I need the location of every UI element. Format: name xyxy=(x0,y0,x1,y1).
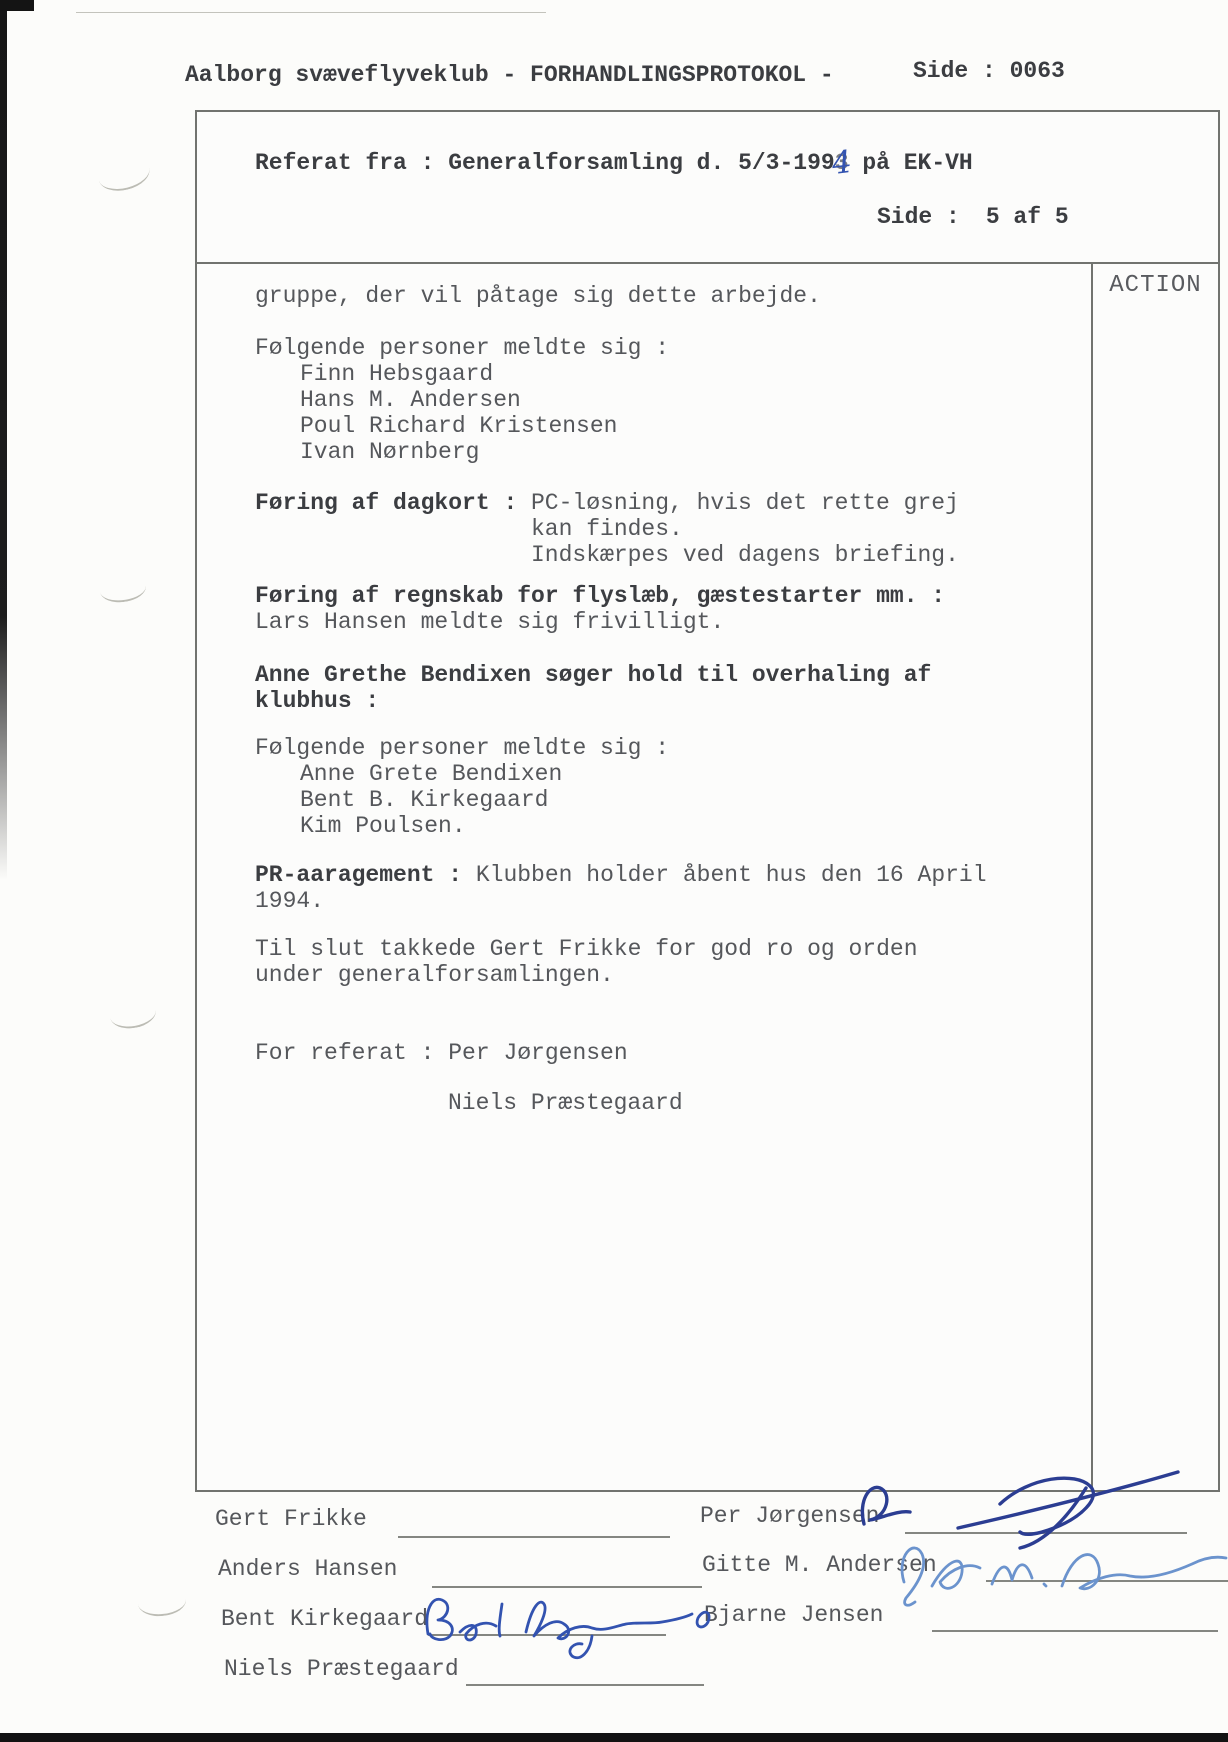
volunteer-list: Anne Grete Bendixen Bent B. Kirkegaard K… xyxy=(255,761,1089,839)
referat-line: Referat fra : Generalforsamling d. 5/3-1… xyxy=(255,150,973,176)
dagkort-heading: Føring af dagkort : xyxy=(255,490,531,516)
page-curl-mark xyxy=(137,1586,188,1619)
volunteer-name: Ivan Nørnberg xyxy=(300,439,1089,465)
volunteer-name: Finn Hebsgaard xyxy=(300,361,1089,387)
dagkort-section: Føring af dagkort : PC-løsning, hvis det… xyxy=(255,490,1089,568)
volunteer-name: Anne Grete Bendixen xyxy=(300,761,1089,787)
referat-location: på EK-VH xyxy=(849,150,973,176)
regnskab-heading: Føring af regnskab for flyslæb, gæstesta… xyxy=(255,583,1089,609)
pr-text: Klubben holder åbent hus den 16 April xyxy=(476,862,987,888)
signature-bent-kirkegaard xyxy=(414,1584,714,1664)
handwritten-year-correction: 4 xyxy=(830,144,854,182)
volunteer-name: Bent B. Kirkegaard xyxy=(300,787,1089,813)
signature-label: Bent Kirkegaard xyxy=(221,1606,428,1632)
page-curl-mark xyxy=(108,996,158,1032)
opening-line: gruppe, der vil påtage sig dette arbejde… xyxy=(255,283,1089,309)
referent-name: Niels Præstegaard xyxy=(448,1090,1089,1116)
dagkort-text: PC-løsning, hvis det rette grej xyxy=(531,490,1089,516)
masthead-page-number: Side : 0063 xyxy=(913,58,1065,84)
signature-gitte-m-andersen xyxy=(890,1528,1228,1616)
pr-text: 1994. xyxy=(255,888,1089,914)
masthead-title: Aalborg svæveflyveklub - FORHANDLINGSPRO… xyxy=(185,62,834,88)
scan-edge-artifact-left xyxy=(0,0,7,880)
page-curl-mark xyxy=(98,573,147,605)
referat-text: Referat fra : Generalforsamling d. 5/3-1… xyxy=(255,150,835,176)
for-referat-line: For referat : Per Jørgensen xyxy=(255,1040,1089,1066)
page-indicator-value: 5 af 5 xyxy=(986,204,1069,230)
scan-line-artifact xyxy=(76,12,546,13)
closing-paragraph: Til slut takkede Gert Frikke for god ro … xyxy=(255,936,1089,988)
volunteers-intro: Følgende personer meldte sig : xyxy=(255,335,1089,361)
document-box: Referat fra : Generalforsamling d. 5/3-1… xyxy=(195,110,1220,1492)
pr-heading: PR-aaragement : xyxy=(255,862,476,888)
typed-year-digit: 34 xyxy=(835,150,849,176)
signature-line xyxy=(398,1536,670,1538)
volunteer-list: Finn Hebsgaard Hans M. Andersen Poul Ric… xyxy=(255,361,1089,465)
bendixen-section-heading: Anne Grethe Bendixen søger hold til over… xyxy=(255,662,1089,714)
volunteer-name: Poul Richard Kristensen xyxy=(300,413,1089,439)
scanned-document-page: Aalborg svæveflyveklub - FORHANDLINGSPRO… xyxy=(0,0,1228,1742)
scan-edge-artifact-bottom xyxy=(0,1733,1228,1742)
signature-label: Anders Hansen xyxy=(218,1556,397,1582)
regnskab-section: Føring af regnskab for flyslæb, gæstesta… xyxy=(255,583,1089,635)
referent-name: Per Jørgensen xyxy=(448,1040,627,1066)
signature-label: Gert Frikke xyxy=(215,1506,367,1532)
action-column-rule xyxy=(1091,262,1093,1490)
document-body: gruppe, der vil påtage sig dette arbejde… xyxy=(255,262,1089,1116)
dagkort-text: kan findes. xyxy=(531,516,1089,542)
page-indicator-label: Side : xyxy=(877,204,960,230)
regnskab-text: Lars Hansen meldte sig frivilligt. xyxy=(255,609,1089,635)
pr-section: PR-aaragement : Klubben holder åbent hus… xyxy=(255,862,1089,914)
page-curl-mark xyxy=(95,152,153,196)
dagkort-text: Indskærpes ved dagens briefing. xyxy=(531,542,1089,568)
signature-label: Bjarne Jensen xyxy=(704,1602,883,1628)
signature-line xyxy=(466,1684,704,1686)
volunteer-name: Hans M. Andersen xyxy=(300,387,1089,413)
for-referat-label: For referat : xyxy=(255,1040,448,1066)
scan-corner-artifact xyxy=(0,0,34,11)
volunteers-intro: Følgende personer meldte sig : xyxy=(255,735,1089,761)
volunteer-name: Kim Poulsen. xyxy=(300,813,1089,839)
signature-line xyxy=(932,1630,1218,1632)
action-column-header: ACTION xyxy=(1091,272,1220,299)
page-indicator: Side :5 af 5 xyxy=(877,204,1069,230)
